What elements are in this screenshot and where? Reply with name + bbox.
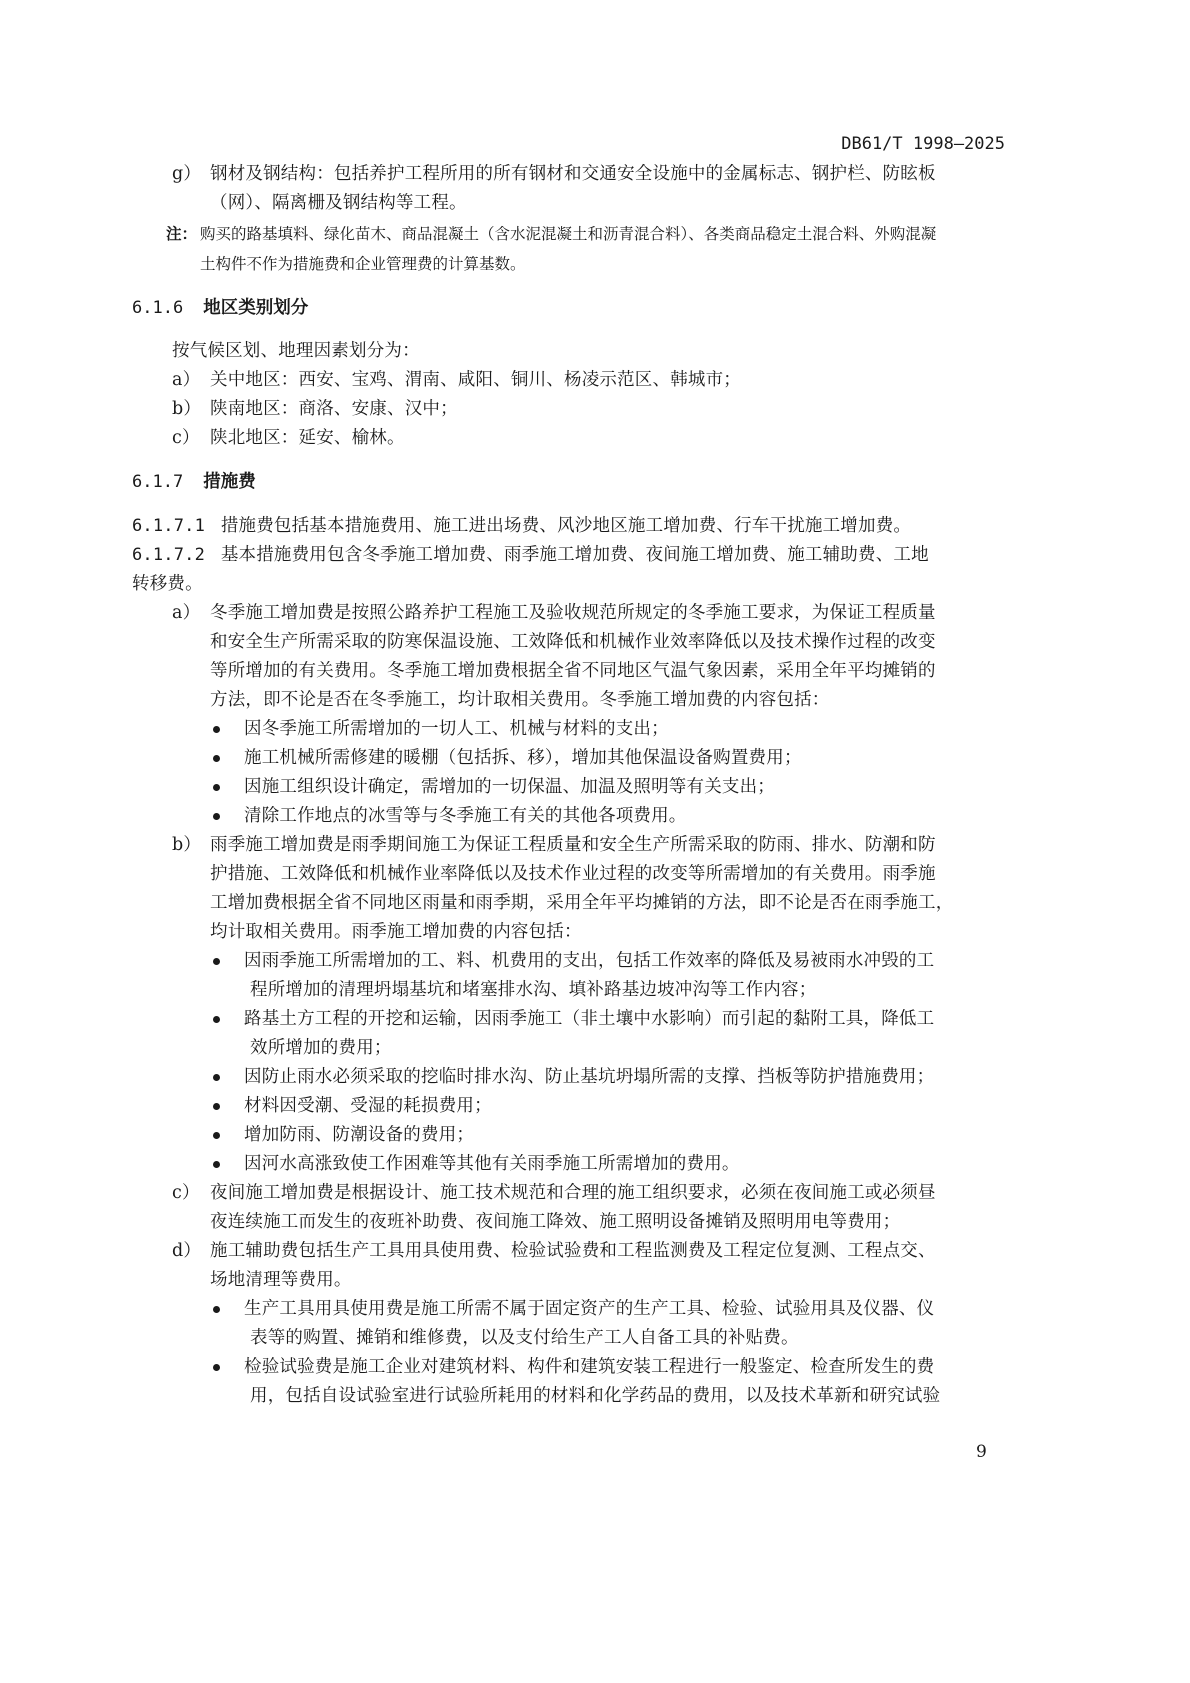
note-line-1: 购买的路基填料、绿化苗木、商品混凝土（含水泥混凝土和沥青混合料）、各类商品稳定土… [200,222,936,244]
winter-bullet-3: 因施工组织设计确定，需增加的一切保温、加温及照明等有关支出； [244,773,775,798]
page-number: 9 [976,1442,987,1462]
clause-number: 6.1.7.2 [132,545,205,565]
section-heading-6-1-6: 6.1.6 地区类别划分 [132,294,308,319]
list-label-c: c） [172,424,200,449]
list-label-a: a） [172,366,200,391]
winter-para-line-1: 冬季施工增加费是按照公路养护工程施工及验收规范所规定的冬季施工要求，为保证工程质… [210,599,936,624]
night-para-line-1: 夜间施工增加费是根据设计、施工技术规范和合理的施工组织要求，必须在夜间施工或必须… [210,1179,936,1204]
rain-bullet-3: 因防止雨水必须采取的挖临时排水沟、防止基坑坍塌所需的支撑、挡板等防护措施费用； [244,1063,934,1088]
document-code: DB61/T 1998—2025 [841,134,1005,154]
bullet-icon [213,1306,220,1313]
rain-bullet-5: 增加防雨、防潮设备的费用； [244,1121,474,1146]
list-label-a: a） [172,599,200,624]
clause-number: 6.1.7.1 [132,516,205,536]
region-item-shanbei: 陕北地区：延安、榆林。 [210,424,405,449]
section-title: 地区类别划分 [203,298,308,318]
winter-para-line-2: 和安全生产所需采取的防寒保温设施、工效降低和机械作业效率降低以及技术操作过程的改… [210,628,936,653]
clause-6-1-7-2-line-2: 转移费。 [132,570,203,595]
list-label-b: b） [172,831,201,856]
aux-bullet-2-line-2: 用，包括自设试验室进行试验所耗用的材料和化学药品的费用，以及技术革新和研究试验 [250,1382,940,1407]
rain-para-line-1: 雨季施工增加费是雨季期间施工为保证工程质量和安全生产所需采取的防雨、排水、防潮和… [210,831,936,856]
item-g-line-2: （网）、隔离栅及钢结构等工程。 [210,189,467,214]
section-title: 措施费 [203,472,256,492]
bullet-icon [213,726,220,733]
section-heading-6-1-7: 6.1.7 措施费 [132,468,256,493]
bullet-icon [213,1364,220,1371]
region-item-shannan: 陕南地区：商洛、安康、汉中； [210,395,458,420]
clause-6-1-7-2: 6.1.7.2 基本措施费用包含冬季施工增加费、雨季施工增加费、夜间施工增加费、… [132,541,929,566]
clause-6-1-7-1: 6.1.7.1 措施费包括基本措施费用、施工进出场费、风沙地区施工增加费、行车干… [132,512,911,537]
rain-bullet-2-line-2: 效所增加的费用； [250,1034,392,1059]
bullet-icon [213,1016,220,1023]
bullet-icon [213,1161,220,1168]
bullet-icon [213,1132,220,1139]
rain-para-line-3: 工增加费根据全省不同地区雨量和雨季期，采用全年平均摊销的方法，即不论是否在雨季施… [210,889,953,914]
region-intro: 按气候区划、地理因素划分为： [172,337,420,362]
winter-para-line-3: 等所增加的有关费用。冬季施工增加费根据全省不同地区气温气象因素，采用全年平均摊销… [210,657,936,682]
bullet-icon [213,1074,220,1081]
list-label-d: d） [172,1237,201,1262]
list-label-c: c） [172,1179,200,1204]
rain-bullet-1-line-1: 因雨季施工所需增加的工、料、机费用的支出，包括工作效率的降低及易被雨水冲毁的工 [244,947,934,972]
bullet-icon [213,1103,220,1110]
winter-bullet-2: 施工机械所需修建的暖棚（包括拆、移），增加其他保温设备购置费用； [244,744,802,769]
aux-bullet-1-line-1: 生产工具用具使用费是施工所需不属于固定资产的生产工具、检验、试验用具及仪器、仪 [244,1295,934,1320]
winter-bullet-4: 清除工作地点的冰雪等与冬季施工有关的其他各项费用。 [244,802,687,827]
list-label-b: b） [172,395,201,420]
night-para-line-2: 夜连续施工而发生的夜班补助费、夜间施工降效、施工照明设备摊销及照明用电等费用； [210,1208,900,1233]
aux-bullet-1-line-2: 表等的购置、摊销和维修费，以及支付给生产工人自备工具的补贴费。 [250,1324,799,1349]
bullet-icon [213,755,220,762]
clause-text: 措施费包括基本措施费用、施工进出场费、风沙地区施工增加费、行车干扰施工增加费。 [221,516,911,536]
rain-bullet-1-line-2: 程所增加的清理坍塌基坑和堵塞排水沟、填补路基边坡冲沟等工作内容； [250,976,816,1001]
rain-para-line-2: 护措施、工效降低和机械作业率降低以及技术作业过程的改变等所需增加的有关费用。雨季… [210,860,936,885]
rain-bullet-4: 材料因受潮、受湿的耗损费用； [244,1092,492,1117]
list-label-g: g） [172,160,201,185]
rain-bullet-6: 因河水高涨致使工作困难等其他有关雨季施工所需增加的费用。 [244,1150,740,1175]
aux-bullet-2-line-1: 检验试验费是施工企业对建筑材料、构件和建筑安装工程进行一般鉴定、检查所发生的费 [244,1353,934,1378]
aux-para-line-1: 施工辅助费包括生产工具用具使用费、检验试验费和工程监测费及工程定位复测、工程点交… [210,1237,936,1262]
bullet-icon [213,813,220,820]
section-number: 6.1.6 [132,298,183,318]
note-line-2: 土构件不作为措施费和企业管理费的计算基数。 [200,252,526,274]
note-label: 注： [166,222,197,244]
winter-para-line-4: 方法，即不论是否在冬季施工，均计取相关费用。冬季施工增加费的内容包括： [210,686,830,711]
bullet-icon [213,784,220,791]
rain-bullet-2-line-1: 路基土方工程的开挖和运输，因雨季施工（非土壤中水影响）而引起的黏附工具，降低工 [244,1005,934,1030]
section-number: 6.1.7 [132,472,183,492]
aux-para-line-2: 场地清理等费用。 [210,1266,352,1291]
item-g-line-1: 钢材及钢结构：包括养护工程所用的所有钢材和交通安全设施中的金属标志、钢护栏、防眩… [210,160,936,185]
bullet-icon [213,958,220,965]
winter-bullet-1: 因冬季施工所需增加的一切人工、机械与材料的支出； [244,715,669,740]
rain-para-line-4: 均计取相关费用。雨季施工增加费的内容包括： [210,918,582,943]
clause-text: 基本措施费用包含冬季施工增加费、雨季施工增加费、夜间施工增加费、施工辅助费、工地 [221,545,929,565]
region-item-guanzhong: 关中地区：西安、宝鸡、渭南、咸阳、铜川、杨凌示范区、韩城市； [210,366,741,391]
